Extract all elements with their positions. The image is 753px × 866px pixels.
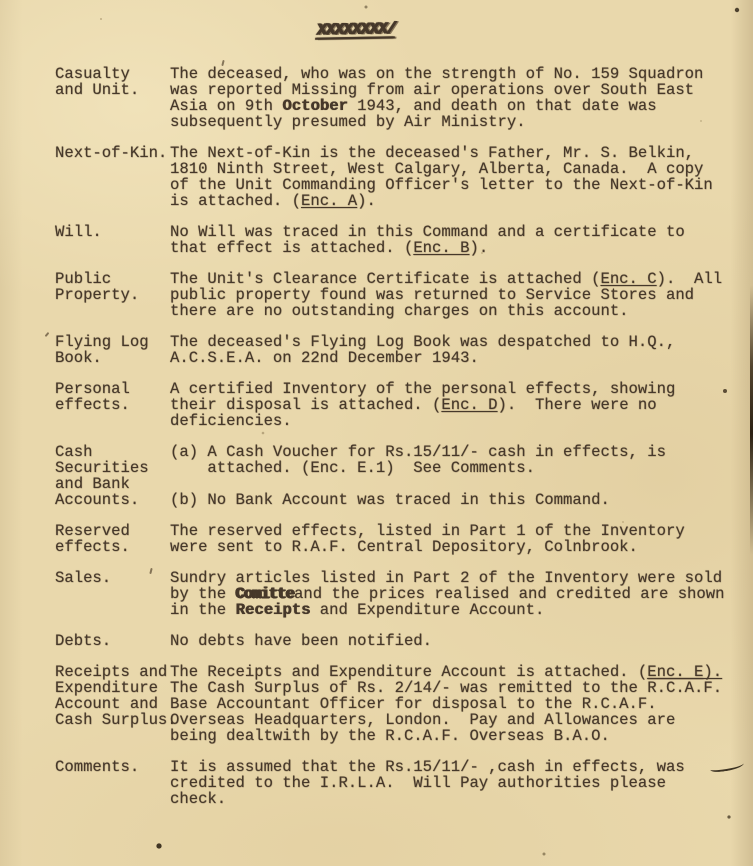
section-body-casualty-and-unit: The deceased, who was on the strength of…	[170, 66, 753, 130]
section-cash-securities-and-bank-accounts: CashSecuritiesand BankAccounts.(a) A Cas…	[0, 444, 753, 508]
paper-specks	[0, 0, 2, 2]
section-sales: Sales.Sundry articles listed in Part 2 o…	[0, 570, 753, 618]
section-body-cash-securities-and-bank-accounts: (a) A Cash Voucher for Rs.15/11/- cash i…	[170, 444, 753, 508]
text-segment-b: Receipts	[236, 601, 311, 619]
label-line: Public	[55, 271, 170, 287]
section-label-cash-securities-and-bank-accounts: CashSecuritiesand BankAccounts.	[55, 444, 170, 508]
body-line: The Unit's Clearance Certificate is atta…	[170, 271, 753, 287]
text-segment: attached. (Enc. E.1) See Comments.	[170, 459, 535, 477]
section-next-of-kin: Next-of-Kin.The Next-of-Kin is the decea…	[0, 145, 753, 209]
section-receipts-and-expenditure-account-and-cash-surplus: Receipts andExpenditureAccount andCash S…	[0, 664, 753, 744]
text-segment-u: Enc. A	[301, 192, 357, 210]
body-line: Sundry articles listed in Part 2 of the …	[170, 570, 753, 586]
body-line: by the Comitteand the prices realised an…	[170, 586, 753, 602]
text-segment-u: Enc. D	[441, 396, 497, 414]
label-line: Expenditure	[55, 680, 170, 696]
body-line: The deceased, who was on the strength of…	[170, 66, 753, 82]
text-segment: ). There were no	[498, 396, 657, 414]
section-label-flying-log-book: Flying LogBook.	[55, 334, 170, 366]
body-line: A certified Inventory of the personal ef…	[170, 381, 753, 397]
text-segment: (b) No Bank Account was traced in this C…	[170, 491, 610, 509]
label-line: Comments.	[55, 759, 170, 775]
body-line: The deceased's Flying Log Book was despa…	[170, 334, 753, 350]
section-label-sales: Sales.	[55, 570, 170, 618]
label-line: Account and	[55, 696, 170, 712]
text-segment: there are no outstanding charges on this…	[170, 302, 629, 320]
section-label-casualty-and-unit: Casualtyand Unit.	[55, 66, 170, 130]
body-line: A.C.S.E.A. on 22nd December 1943.	[170, 350, 753, 366]
section-body-receipts-and-expenditure-account-and-cash-surplus: The Receipts and Expenditure Account is …	[170, 664, 753, 744]
body-line: Base Accountant Officer for disposal to …	[170, 696, 753, 712]
body-line: check.	[170, 791, 753, 807]
body-line: attached. (Enc. E.1) See Comments.	[170, 460, 753, 476]
label-line: Flying Log	[55, 334, 170, 350]
body-line: in the Receipts and Expenditure Account.	[170, 602, 753, 618]
body-line: 1810 Ninth Street, West Calgary, Alberta…	[170, 161, 753, 177]
label-line: Book.	[55, 350, 170, 366]
section-body-debts: No debts have been notified.	[170, 633, 753, 649]
text-segment: and Expenditure Account.	[310, 601, 544, 619]
section-label-will: Will.	[55, 224, 170, 256]
text-segment: deficiencies.	[170, 412, 292, 430]
body-line: The reserved effects, listed in Part 1 o…	[170, 523, 753, 539]
text-segment: is attached. (	[170, 192, 301, 210]
text-segment-o: R.C.A.F.	[647, 679, 722, 697]
text-segment: were sent to R.A.F. Central Depository, …	[170, 538, 638, 556]
body-line: (b) No Bank Account was traced in this C…	[170, 492, 753, 508]
body-line: deficiencies.	[170, 413, 753, 429]
section-public-property: PublicProperty.The Unit's Clearance Cert…	[0, 271, 753, 319]
section-label-public-property: PublicProperty.	[55, 271, 170, 319]
section-body-reserved-effects: The reserved effects, listed in Part 1 o…	[170, 523, 753, 555]
section-label-receipts-and-expenditure-account-and-cash-surplus: Receipts andExpenditureAccount andCash S…	[55, 664, 170, 744]
section-debts: Debts.No debts have been notified.	[0, 633, 753, 649]
text-segment: subsequently presumed by Air Ministry.	[170, 113, 526, 131]
text-segment: No debts have been notified.	[170, 632, 432, 650]
body-line	[170, 476, 753, 492]
section-body-sales: Sundry articles listed in Part 2 of the …	[170, 570, 753, 618]
sections-container: Casualtyand Unit.The deceased, who was o…	[0, 66, 753, 822]
text-segment: credited to the I.R.L.A. Will Pay author…	[170, 774, 666, 792]
section-body-public-property: The Unit's Clearance Certificate is atta…	[170, 271, 753, 319]
text-segment: check.	[170, 790, 226, 808]
label-line: Casualty	[55, 66, 170, 82]
body-line: The Receipts and Expenditure Account is …	[170, 664, 753, 680]
label-line: Will.	[55, 224, 170, 240]
label-line: Reserved	[55, 523, 170, 539]
body-line: credited to the I.R.L.A. Will Pay author…	[170, 775, 753, 791]
text-segment: being dealtwith by the R.C.A.F. Overseas…	[170, 727, 610, 745]
section-body-will: No Will was traced in this Command and a…	[170, 224, 753, 256]
label-line: Accounts.	[55, 492, 170, 508]
text-segment: that effect is attached. (	[170, 239, 413, 257]
body-line: there are no outstanding charges on this…	[170, 303, 753, 319]
section-personal-effects: Personaleffects.A certified Inventory of…	[0, 381, 753, 429]
label-line: Cash	[55, 444, 170, 460]
body-line: being dealtwith by the R.C.A.F. Overseas…	[170, 728, 753, 744]
text-segment: ).	[469, 239, 488, 257]
text-segment: in the	[170, 601, 236, 619]
scanned-document-page: XXXXXXXX/ Casualtyand Unit.The deceased,…	[0, 0, 753, 866]
label-line: Receipts and	[55, 664, 170, 680]
label-line: Securities	[55, 460, 170, 476]
text-segment: ).	[357, 192, 376, 210]
label-line: Property.	[55, 287, 170, 303]
body-line: subsequently presumed by Air Ministry.	[170, 114, 753, 130]
section-body-next-of-kin: The Next-of-Kin is the deceased's Father…	[170, 145, 753, 209]
section-label-debts: Debts.	[55, 633, 170, 649]
body-line: public property found was returned to Se…	[170, 287, 753, 303]
section-will: Will.No Will was traced in this Command …	[0, 224, 753, 256]
body-line: their disposal is attached. (Enc. D). Th…	[170, 397, 753, 413]
body-line: No Will was traced in this Command and a…	[170, 224, 753, 240]
label-line: effects.	[55, 539, 170, 555]
label-line: Personal	[55, 381, 170, 397]
section-reserved-effects: Reservedeffects.The reserved effects, li…	[0, 523, 753, 555]
body-line: The Next-of-Kin is the deceased's Father…	[170, 145, 753, 161]
body-line: It is assumed that the Rs.15/11/- ,cash …	[170, 759, 753, 775]
section-label-next-of-kin: Next-of-Kin.	[55, 145, 170, 209]
body-line: (a) A Cash Voucher for Rs.15/11/- cash i…	[170, 444, 753, 460]
section-comments: Comments.It is assumed that the Rs.15/11…	[0, 759, 753, 807]
body-line: that effect is attached. (Enc. B).	[170, 240, 753, 256]
body-line: is attached. (Enc. A).	[170, 193, 753, 209]
body-line: Overseas Headquarters, London. Pay and A…	[170, 712, 753, 728]
section-casualty-and-unit: Casualtyand Unit.The deceased, who was o…	[0, 66, 753, 130]
body-line: The Cash Surplus of Rs. 2/14/- was remit…	[170, 680, 753, 696]
section-flying-log-book: Flying LogBook.The deceased's Flying Log…	[0, 334, 753, 366]
struck-out-title: XXXXXXXX/	[315, 21, 396, 40]
body-line: were sent to R.A.F. Central Depository, …	[170, 539, 753, 555]
label-line: and Bank	[55, 476, 170, 492]
section-label-personal-effects: Personaleffects.	[55, 381, 170, 429]
section-body-comments: It is assumed that the Rs.15/11/- ,cash …	[170, 759, 753, 807]
label-line: Cash Surplus.	[55, 712, 170, 728]
body-line: of the Unit Commanding Officer's letter …	[170, 177, 753, 193]
label-line: effects.	[55, 397, 170, 413]
body-line: No debts have been notified.	[170, 633, 753, 649]
label-line: Debts.	[55, 633, 170, 649]
text-segment-u: Enc. B	[413, 239, 469, 257]
body-line: was reported Missing from air operations…	[170, 82, 753, 98]
label-line: Sales.	[55, 570, 170, 586]
section-body-personal-effects: A certified Inventory of the personal ef…	[170, 381, 753, 429]
label-line: and Unit.	[55, 82, 170, 98]
section-body-flying-log-book: The deceased's Flying Log Book was despa…	[170, 334, 753, 366]
text-segment: A.C.S.E.A. on 22nd December 1943.	[170, 349, 479, 367]
section-label-reserved-effects: Reservedeffects.	[55, 523, 170, 555]
section-label-comments: Comments.	[55, 759, 170, 807]
body-line: Asia on 9th October 1943, and death on t…	[170, 98, 753, 114]
label-line: Next-of-Kin.	[55, 145, 170, 161]
